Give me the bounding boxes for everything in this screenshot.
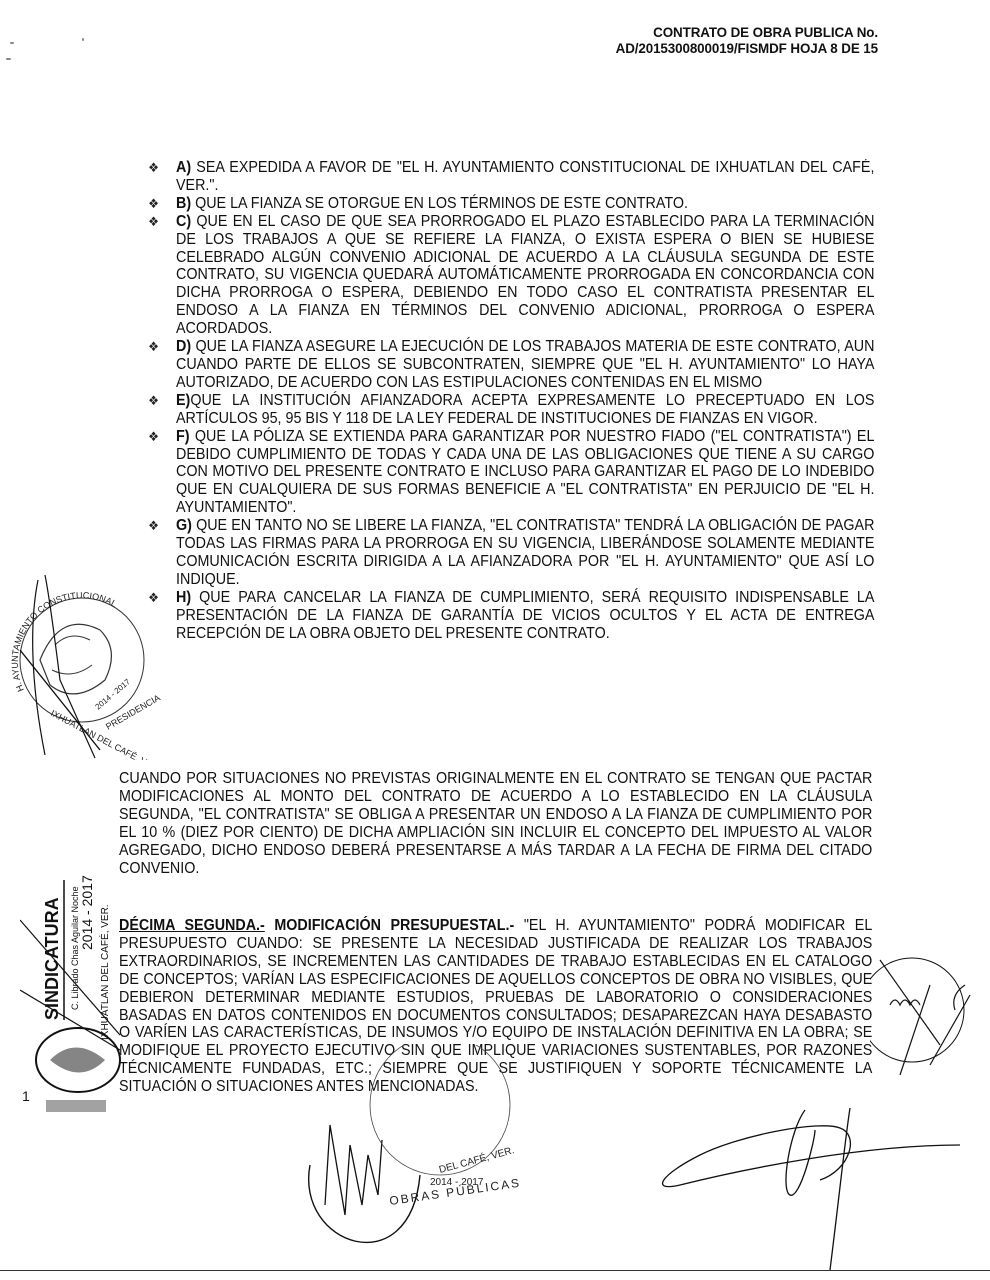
document-header: CONTRATO DE OBRA PUBLICA No. AD/20153008… xyxy=(616,25,878,57)
clause-title: DÉCIMA SEGUNDA.- xyxy=(119,917,265,934)
sindicatura-years: 2014 - 2017 xyxy=(79,875,95,950)
seal-years: 2014 - 2017 xyxy=(94,677,133,712)
bullet-icon: ❖ xyxy=(148,195,159,213)
seal-place: IXHUATLAN DEL CAFÉ, VER. xyxy=(49,708,161,760)
signature-bottom-right xyxy=(640,1100,990,1275)
guarantee-conditions-list: ❖A) SEA EXPEDIDA A FAVOR DE "EL H. AYUNT… xyxy=(176,159,874,642)
bullet-icon: ❖ xyxy=(148,392,159,410)
scan-speck xyxy=(6,58,11,60)
contract-title: CONTRATO DE OBRA PUBLICA No. xyxy=(616,25,878,41)
list-item-e: ❖E)QUE LA INSTITUCIÓN AFIANZADORA ACEPTA… xyxy=(176,392,874,428)
sindicatura-label: SINDICATURA xyxy=(42,897,62,1020)
obras-office: OBRAS PÚBLICAS xyxy=(388,1175,521,1208)
list-item-g: ❖G) QUE EN TANTO NO SE LIBERE LA FIANZA,… xyxy=(176,517,874,589)
modification-endorsement-paragraph: CUANDO POR SITUACIONES NO PREVISTAS ORIG… xyxy=(119,770,872,877)
sindicatura-name: C. Librado Chas Aguilar Noche xyxy=(70,886,80,1010)
obras-place: DEL CAFÉ, VER. xyxy=(437,1143,515,1176)
list-item-f: ❖F) QUE LA PÓLIZA SE EXTIENDA PARA GARAN… xyxy=(176,428,874,518)
scan-speck xyxy=(82,38,84,41)
bullet-icon: ❖ xyxy=(148,213,159,231)
signature-right-margin xyxy=(870,955,990,1085)
sindicatura-stamp: SINDICATURA C. Librado Chas Aguilar Noch… xyxy=(20,870,130,1120)
bullet-icon: ❖ xyxy=(148,589,159,607)
list-item-c: ❖C) QUE EN EL CASO DE QUE SEA PRORROGADO… xyxy=(176,213,874,338)
obras-years: 2014 - 2017 xyxy=(430,1177,484,1188)
page-bottom-rule xyxy=(0,1270,990,1271)
svg-text:H. AYUNTAMIENTO CONSTITUCIONAL: H. AYUNTAMIENTO CONSTITUCIONAL xyxy=(10,590,119,693)
clause-subtitle: MODIFICACIÓN PRESUPUESTAL.- xyxy=(265,917,514,934)
bullet-icon: ❖ xyxy=(148,159,159,177)
page-number: 1 xyxy=(22,1088,30,1104)
contract-number: AD/2015300800019/FISMDF HOJA 8 DE 15 xyxy=(616,41,878,57)
seal-text: H. AYUNTAMIENTO CONSTITUCIONAL xyxy=(10,590,119,693)
list-item-h: ❖H) QUE PARA CANCELAR LA FIANZA DE CUMPL… xyxy=(176,589,874,643)
list-item-a: ❖A) SEA EXPEDIDA A FAVOR DE "EL H. AYUNT… xyxy=(176,159,874,195)
list-item-b: ❖B) QUE LA FIANZA SE OTORGUE EN LOS TÉRM… xyxy=(176,195,874,213)
list-item-d: ❖D) QUE LA FIANZA ASEGURE LA EJECUCIÓN D… xyxy=(176,338,874,392)
bullet-icon: ❖ xyxy=(148,338,159,356)
clause-body: "EL H. AYUNTAMIENTO" PODRÁ MODIFICAR EL … xyxy=(119,917,872,1095)
seal-office: PRESIDENCIA xyxy=(104,693,162,732)
bullet-icon: ❖ xyxy=(148,517,159,535)
bullet-icon: ❖ xyxy=(148,428,159,446)
scan-speck xyxy=(10,42,14,44)
sindicatura-place: IXHUATLAN DEL CAFÉ, VER. xyxy=(98,904,111,1040)
clause-decima-segunda: DÉCIMA SEGUNDA.- MODIFICACIÓN PRESUPUEST… xyxy=(119,917,872,1096)
